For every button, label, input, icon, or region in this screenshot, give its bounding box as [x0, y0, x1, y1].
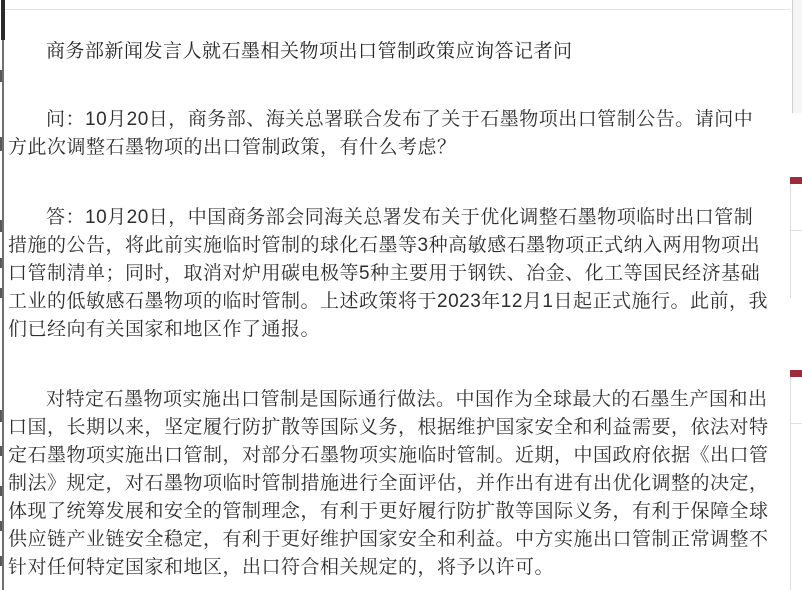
right-side-card — [790, 177, 802, 298]
paragraph-answer-continued: 对特定石墨物项实施出口管制是国际通行做法。中国作为全球最大的石墨生产国和出口国，… — [8, 386, 770, 582]
article-content: 商务部新闻发言人就石墨相关物项出口管制政策应询答记者问 问：10月20日，商务部… — [8, 10, 770, 582]
left-edge-artifact — [0, 521, 2, 531]
card-divider-line — [791, 230, 802, 231]
left-edge-artifact — [0, 410, 2, 422]
article-page: 商务部新闻发言人就石墨相关物项出口管制政策应询答记者问 问：10月20日，商务部… — [0, 0, 802, 590]
left-edge-artifact — [0, 486, 2, 496]
left-edge-artifact — [0, 446, 2, 456]
paragraph-answer: 答：10月20日，中国商务部会同海关总署发布关于优化调整石墨物项临时出口管制措施… — [8, 204, 770, 344]
left-edge-artifact — [0, 220, 2, 232]
article-title: 商务部新闻发言人就石墨相关物项出口管制政策应询答记者问 — [8, 38, 770, 66]
left-edge-rule — [2, 0, 4, 590]
left-edge-artifact — [0, 556, 2, 566]
right-side-card — [790, 370, 802, 590]
card-red-header-bar[interactable] — [790, 177, 802, 184]
left-edge-artifact — [0, 258, 2, 268]
scrollbar-track[interactable] — [792, 0, 802, 113]
card-red-header-bar[interactable] — [790, 370, 802, 377]
paragraph-question: 问：10月20日，商务部、海关总署联合发布了关于石墨物项出口管制公告。请问中方此… — [8, 106, 770, 162]
left-edge-rule-dark-segment — [1, 0, 5, 40]
left-edge-artifact — [0, 70, 2, 82]
card-divider-line — [791, 423, 802, 424]
left-edge-artifact — [0, 137, 2, 151]
left-edge-artifact — [0, 288, 2, 298]
